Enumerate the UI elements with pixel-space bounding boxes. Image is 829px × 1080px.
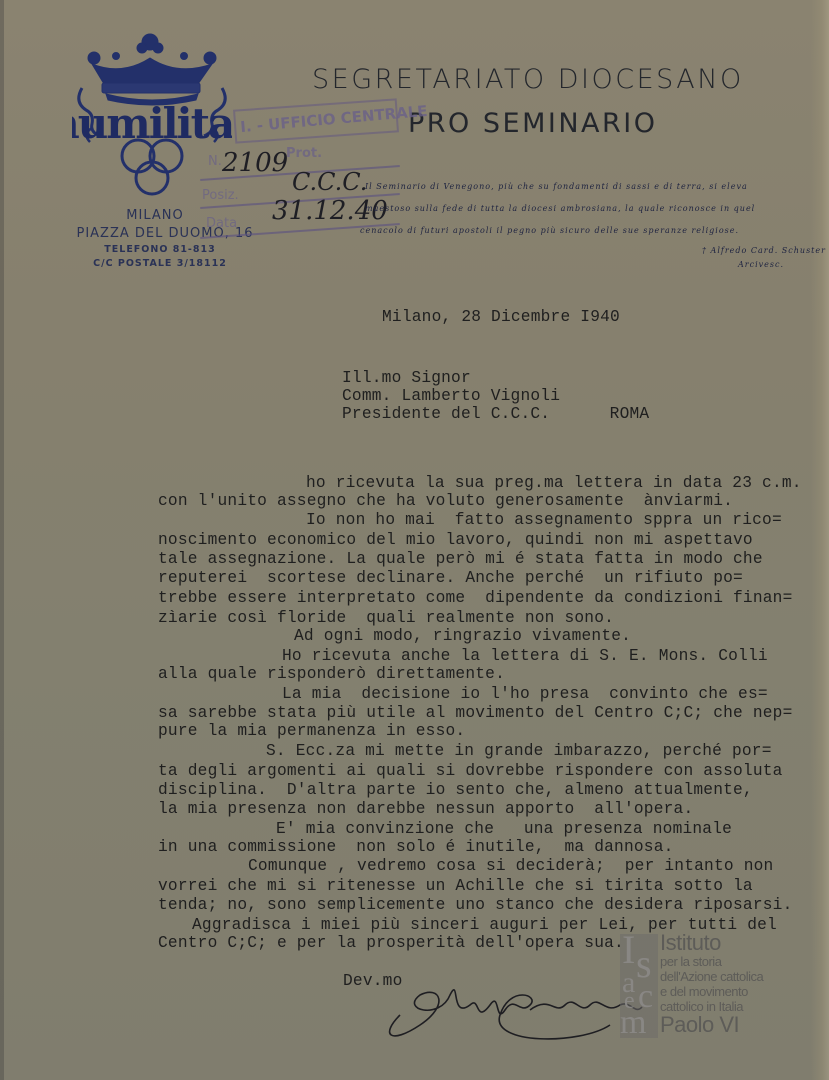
stamp-label-number: N. — [208, 154, 222, 169]
handwritten-note-signature: † Alfredo Card. Schuster — [702, 246, 826, 255]
protocol-stamp: I. - UFFICIO CENTRALE N. Prot. Posiz. Da… — [200, 96, 400, 236]
body-line: trebbe essere interpretato come dipenden… — [158, 589, 793, 607]
body-line: in una commissione non solo é inutile, m… — [158, 838, 674, 856]
body-line: sa sarebbe stata più utile al movimento … — [158, 704, 793, 722]
body-line: La mia decisione io l'ho presa convinto … — [282, 685, 768, 703]
body-line: Io non ho mai fatto assegnamento sppra u… — [306, 511, 782, 529]
paper-edge — [811, 0, 829, 1080]
stamp-label-prot: Prot. — [286, 146, 322, 161]
institute-watermark: I s a e c m Istituto per la storia dell'… — [620, 932, 780, 1042]
body-line: noscimento economico del mio lavoro, qui… — [158, 531, 753, 549]
handwritten-note-title: Arcivesc. — [738, 260, 784, 269]
body-line: Centro C;C; e per la prosperità dell'ope… — [158, 934, 624, 952]
letter-date: Milano, 28 Dicembre I940 — [382, 308, 620, 326]
body-line: tale assegnazione. La quale però mi é st… — [158, 550, 763, 568]
body-line: con l'unito assegno che ha voluto genero… — [158, 492, 733, 510]
watermark-line: e del movimento — [660, 984, 748, 999]
handwritten-signature: Carlo Cammeo — [380, 965, 660, 1045]
body-line: Comunque , vedremo cosa si deciderà; per… — [248, 857, 773, 875]
body-line: ta degli argomenti ai quali si dovrebbe … — [158, 762, 783, 780]
watermark-line: Istituto — [660, 930, 721, 956]
recipient-line: Presidente del C.C.C. ROMA — [342, 405, 649, 423]
watermark-line: per la storia — [660, 954, 721, 969]
body-line: E' mia convinzione che una presenza nomi… — [276, 820, 732, 838]
letterhead-phone: TELEFONO 81-813 — [60, 244, 260, 255]
body-line: zìarie così floride quali realmente non … — [158, 609, 614, 627]
body-line: S. Ecc.za mi mette in grande imbarazzo, … — [266, 742, 772, 760]
letterhead-postal-account: C/C POSTALE 3/18112 — [60, 258, 260, 269]
watermark-line: dell'Azione cattolica — [660, 969, 763, 984]
stamp-label-data: Data — [206, 216, 237, 231]
body-line: Ho ricevuta anche la lettera di S. E. Mo… — [282, 647, 768, 665]
watermark-line: Paolo VI — [660, 1012, 739, 1038]
handwritten-note-line: maestoso sulla fede di tutta la diocesi … — [365, 204, 755, 213]
signature-text: Carlo Cammeo — [520, 976, 528, 978]
organization-title: SEGRETARIATO DIOCESANO — [312, 64, 744, 95]
stamp-label-posiz: Posiz. — [202, 188, 239, 203]
body-line: alla quale risponderò direttamente. — [158, 665, 505, 683]
handwritten-note-line: Il Seminario di Venegono, più che su fon… — [365, 182, 748, 191]
handwritten-note-line: cenacolo di futuri apostoli il pegno più… — [360, 226, 739, 235]
stamp-number-handwritten: 2109 — [222, 148, 288, 178]
recipient-line: Comm. Lamberto Vignoli — [342, 387, 560, 405]
body-line: tenda; no, sono semplicemente uno stanco… — [158, 896, 793, 914]
stamp-posiz-handwritten: C.C.C. — [292, 168, 367, 196]
recipient-line: Ill.mo Signor — [342, 369, 471, 387]
body-line: pure la mia permanenza in esso. — [158, 722, 465, 740]
body-line: ho ricevuta la sua preg.ma lettera in da… — [306, 474, 802, 492]
organization-subtitle: PRO SEMINARIO — [408, 108, 657, 139]
body-line: Ad ogni modo, ringrazio vivamente. — [294, 627, 631, 645]
body-line: la mia presenza non darebbe nessun appor… — [158, 800, 693, 818]
paper-edge — [0, 0, 4, 1080]
body-line: disciplina. D'altra parte io sento che, … — [158, 781, 753, 799]
body-line: reputerei scortese declinare. Anche perc… — [158, 569, 743, 587]
body-line: vorrei che mi si ritenesse un Achille ch… — [158, 877, 753, 895]
